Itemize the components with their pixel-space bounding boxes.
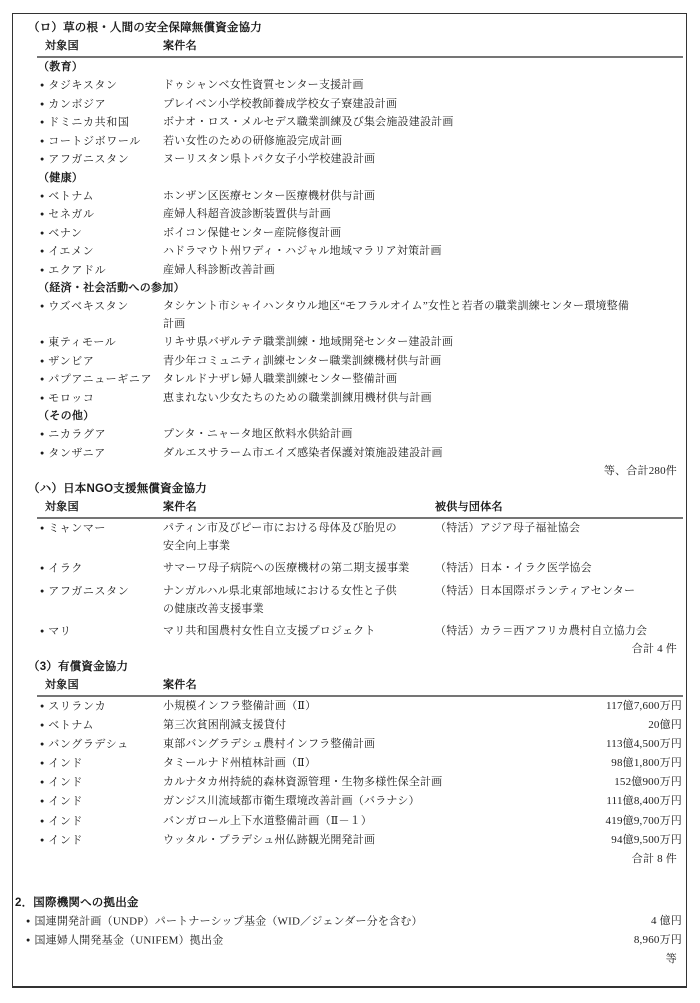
- section-grassroots-grant-aid: （ロ）草の根・人間の安全保障無償資金協力 対象国 案件名 （教育） タジキスタン…: [13, 14, 686, 480]
- table-row: タジキスタン ドゥシャンベ女性資質センター支援計画: [40, 76, 682, 95]
- country-name: ザンビア: [48, 355, 94, 367]
- table-row: マリ マリ共和国農村女性自立支援プロジェクト （特活）カラ＝西アフリカ農村自立協…: [40, 622, 682, 641]
- country-name: タンザニア: [48, 447, 106, 459]
- country-cell: インド: [40, 792, 163, 811]
- organization-name: （特活）日本国際ボランティアセンター: [435, 582, 682, 618]
- country-cell: インド: [40, 773, 163, 792]
- organization-name: （特活）日本・イラク医学協会: [435, 559, 682, 578]
- project-name: タシケント市シャイハンタウル地区“モフラルオイム”女性と若者の職業訓練センター環…: [163, 297, 682, 333]
- country-cell: マリ: [40, 622, 163, 641]
- document-page: （ロ）草の根・人間の安全保障無償資金協力 対象国 案件名 （教育） タジキスタン…: [0, 0, 700, 1003]
- project-name: ボイコン保健センター産院修復計画: [163, 224, 682, 243]
- country-name: ベトナム: [48, 720, 94, 732]
- bullet-icon: [40, 739, 48, 751]
- bullet-icon: [40, 80, 48, 92]
- country-name: インド: [48, 777, 83, 789]
- country-name: ベナン: [48, 227, 82, 239]
- country-name: エクアドル: [48, 264, 106, 276]
- bullet-icon: [40, 720, 48, 732]
- country-name: パプアニューギニア: [48, 374, 152, 386]
- project-name: タミールナド州植林計画（Ⅱ）: [163, 754, 599, 773]
- country-name: ミャンマー: [48, 523, 106, 535]
- country-name: イラク: [48, 563, 83, 575]
- country-name: タジキスタン: [48, 80, 117, 92]
- table-row: ザンビア 青少年コミュニティ訓練センター職業訓練機材供与計画: [40, 352, 682, 371]
- country-cell: セネガル: [40, 205, 163, 224]
- bullet-icon: [40, 701, 48, 713]
- table-row: ニカラグア プンタ・ニャータ地区飲料水供給計画: [40, 425, 682, 444]
- country-cell: モロッコ: [40, 389, 163, 408]
- section-heading: 2．国際機関への拠出金: [15, 894, 686, 912]
- section-total: 合計 8 件: [40, 850, 682, 868]
- project-name: ウッタル・プラデシュ州仏跡観光開発計画: [163, 831, 599, 850]
- table-row: 国連開発計画（UNDP）パートナーシップ基金（WID／ジェンダー分を含む） 4 …: [26, 912, 682, 931]
- bullet-icon: [40, 585, 48, 597]
- project-name: リキサ県バザルテテ職業訓練・地域開発センター建設計画: [163, 333, 682, 352]
- section-loan-aid: （3）有償資金協力 対象国 案件名 スリランカ 小規模インフラ整備計画（Ⅱ） 1…: [13, 658, 686, 868]
- country-cell: タジキスタン: [40, 76, 163, 95]
- table-row: ベトナム 第三次貧困削減支援貸付 20億円: [40, 716, 682, 735]
- table-row: ベトナム ホンザン区医療センター医療機材供与計画: [40, 187, 682, 206]
- country-name: インド: [48, 796, 83, 808]
- bullet-icon: [40, 796, 48, 808]
- section-international-contributions: 2．国際機関への拠出金 国連開発計画（UNDP）パートナーシップ基金（WID／ジ…: [13, 894, 686, 968]
- section-total: 等、合計280件: [40, 462, 682, 480]
- table-row: 国連婦人開発基金（UNIFEM）拠出金 8,960万円: [26, 931, 682, 950]
- bullet-icon: [40, 834, 48, 846]
- table-row: セネガル 産婦人科超音波診断装置供与計画: [40, 205, 682, 224]
- country-name: モロッコ: [48, 392, 94, 404]
- contribution-name: 国連婦人開発基金（UNIFEM）拠出金: [26, 931, 622, 950]
- bullet-icon: [40, 209, 48, 221]
- table-row: カンボジア プレイベン小学校教師養成学校女子寮建設計画: [40, 95, 682, 114]
- contribution-name: 国連開発計画（UNDP）パートナーシップ基金（WID／ジェンダー分を含む）: [26, 912, 639, 931]
- country-cell: ベナン: [40, 224, 163, 243]
- table-row: タンザニア ダルエスサラーム市エイズ感染者保護対策施設建設計画: [40, 444, 682, 463]
- table-header: 対象国 案件名: [37, 37, 683, 58]
- country-cell: コートジボワール: [40, 132, 163, 151]
- table-body: スリランカ 小規模インフラ整備計画（Ⅱ） 117億7,600万円 ベトナム 第三…: [13, 697, 686, 868]
- project-name: カルナタカ州持続的森林資源管理・生物多様性保全計画: [163, 773, 602, 792]
- bullet-icon: [40, 392, 48, 404]
- project-name: ヌーリスタン県トパク女子小学校建設計画: [163, 150, 682, 169]
- amount-value: 113億4,500万円: [606, 735, 682, 754]
- bullet-icon: [40, 563, 48, 575]
- section-heading: （ハ）日本NGO支援無償資金協力: [28, 480, 686, 498]
- amount-value: 98億1,800万円: [611, 754, 682, 773]
- bullet-icon: [40, 625, 48, 637]
- bullet-icon: [40, 264, 48, 276]
- table-body: （教育） タジキスタン ドゥシャンベ女性資質センター支援計画 カンボジア プレイ…: [13, 58, 686, 480]
- project-name: マリ共和国農村女性自立支援プロジェクト: [163, 622, 435, 641]
- country-cell: タンザニア: [40, 444, 163, 463]
- bullet-icon: [40, 447, 48, 459]
- bullet-icon: [40, 301, 48, 313]
- bullet-icon: [40, 429, 48, 441]
- column-header-project: 案件名: [163, 678, 683, 692]
- project-name: ハドラマウト州ワディ・ハジャル地域マラリア対策計画: [163, 242, 682, 261]
- project-name: パティン市及びピー市における母体及び胎児の 安全向上事業: [163, 519, 435, 555]
- project-name: 産婦人科超音波診断装置供与計画: [163, 205, 682, 224]
- country-name: ウズベキスタン: [48, 301, 129, 313]
- country-cell: インド: [40, 831, 163, 850]
- table-body: 国連開発計画（UNDP）パートナーシップ基金（WID／ジェンダー分を含む） 4 …: [13, 912, 686, 968]
- country-cell: ミャンマー: [40, 519, 163, 555]
- contribution-label: 国連婦人開発基金（UNIFEM）拠出金: [34, 934, 223, 946]
- bullet-icon: [40, 135, 48, 147]
- column-header-country: 対象国: [45, 500, 163, 514]
- table-row: イエメン ハドラマウト州ワディ・ハジャル地域マラリア対策計画: [40, 242, 682, 261]
- bullet-icon: [40, 227, 48, 239]
- table-row: アフガニスタン ナンガルハル県北東部地域における女性と子供 の健康改善支援事業 …: [40, 582, 682, 618]
- organization-name: （特活）カラ＝西アフリカ農村自立協力会: [435, 622, 682, 641]
- contribution-label: 国連開発計画（UNDP）パートナーシップ基金（WID／ジェンダー分を含む）: [34, 915, 422, 927]
- bullet-icon: [40, 190, 48, 202]
- table-row: インド ウッタル・プラデシュ州仏跡観光開発計画 94億9,500万円: [40, 831, 682, 850]
- table-row: 東ティモール リキサ県バザルテテ職業訓練・地域開発センター建設計画: [40, 333, 682, 352]
- table-row: インド カルナタカ州持続的森林資源管理・生物多様性保全計画 152億900万円: [40, 773, 682, 792]
- country-name: イエメン: [48, 246, 94, 258]
- bullet-icon: [40, 337, 48, 349]
- amount-value: 419億9,700万円: [606, 812, 682, 831]
- bullet-icon: [40, 523, 48, 535]
- table-row: ウズベキスタン タシケント市シャイハンタウル地区“モフラルオイム”女性と若者の職…: [40, 297, 682, 333]
- project-name: プンタ・ニャータ地区飲料水供給計画: [163, 425, 682, 444]
- project-name: バンガロール上下水道整備計画（Ⅱ－１）: [163, 812, 594, 831]
- table-row: パプアニューギニア タレルドナザレ婦人職業訓練センター整備計画: [40, 370, 682, 389]
- bullet-icon: [40, 98, 48, 110]
- country-name: ドミニカ共和国: [48, 117, 129, 129]
- country-name: アフガニスタン: [48, 585, 129, 597]
- project-name: 東部バングラデシュ農村インフラ整備計画: [163, 735, 594, 754]
- project-name: ダルエスサラーム市エイズ感染者保護対策施設建設計画: [163, 444, 682, 463]
- country-name: 東ティモール: [48, 337, 116, 349]
- table-header: 対象国 案件名: [37, 676, 683, 697]
- section-heading: （3）有償資金協力: [28, 658, 686, 676]
- project-name: 青少年コミュニティ訓練センター職業訓練機材供与計画: [163, 352, 682, 371]
- country-name: マリ: [48, 625, 71, 637]
- country-name: セネガル: [48, 209, 94, 221]
- bullet-icon: [40, 815, 48, 827]
- column-header-country: 対象国: [45, 39, 163, 53]
- amount-value: 117億7,600万円: [606, 697, 682, 716]
- bullet-icon: [40, 117, 48, 129]
- project-name: ガンジス川流域都市衛生環境改善計画（バラナシ）: [163, 792, 594, 811]
- bullet-icon: [40, 246, 48, 258]
- section-ngo-grant-aid: （ハ）日本NGO支援無償資金協力 対象国 案件名 被供与団体名 ミャンマー パテ…: [13, 480, 686, 658]
- country-name: アフガニスタン: [48, 154, 129, 166]
- amount-value: 152億900万円: [614, 773, 682, 792]
- bullet-icon: [40, 758, 48, 770]
- project-name: 産婦人科診断改善計画: [163, 261, 682, 280]
- country-cell: エクアドル: [40, 261, 163, 280]
- country-cell: インド: [40, 812, 163, 831]
- table-header: 対象国 案件名 被供与団体名: [37, 498, 683, 519]
- country-cell: ニカラグア: [40, 425, 163, 444]
- project-name: ナンガルハル県北東部地域における女性と子供 の健康改善支援事業: [163, 582, 435, 618]
- bullet-icon: [40, 777, 48, 789]
- category-label: （その他）: [38, 407, 682, 425]
- table-row: アフガニスタン ヌーリスタン県トパク女子小学校建設計画: [40, 150, 682, 169]
- category-label: （健康）: [38, 169, 682, 187]
- table-row: インド バンガロール上下水道整備計画（Ⅱ－１） 419億9,700万円: [40, 812, 682, 831]
- country-cell: ドミニカ共和国: [40, 113, 163, 132]
- table-row: ドミニカ共和国 ボナオ・ロス・メルセデス職業訓練及び集会施設建設計画: [40, 113, 682, 132]
- bullet-icon: [40, 355, 48, 367]
- column-header-project: 案件名: [163, 500, 435, 514]
- column-header-project: 案件名: [163, 39, 683, 53]
- table-row: コートジボワール 若い女性のための研修施設完成計画: [40, 132, 682, 151]
- country-cell: ベトナム: [40, 716, 163, 735]
- country-cell: 東ティモール: [40, 333, 163, 352]
- project-name: 恵まれない少女たちのための職業訓練用機材供与計画: [163, 389, 682, 408]
- country-name: インド: [48, 834, 83, 846]
- table-body: ミャンマー パティン市及びピー市における母体及び胎児の 安全向上事業 （特活）ア…: [13, 519, 686, 658]
- category-label: （経済・社会活動への参加）: [38, 279, 682, 297]
- country-cell: カンボジア: [40, 95, 163, 114]
- section-heading: （ロ）草の根・人間の安全保障無償資金協力: [28, 14, 686, 37]
- table-row: イラク サマーワ母子病院への医療機材の第二期支援事業 （特活）日本・イラク医学協…: [40, 559, 682, 578]
- table-row: バングラデシュ 東部バングラデシュ農村インフラ整備計画 113億4,500万円: [40, 735, 682, 754]
- country-cell: インド: [40, 754, 163, 773]
- table-row: インド ガンジス川流域都市衛生環境改善計画（バラナシ） 111億8,400万円: [40, 792, 682, 811]
- project-name: ホンザン区医療センター医療機材供与計画: [163, 187, 682, 206]
- project-name: ドゥシャンベ女性資質センター支援計画: [163, 76, 682, 95]
- page-border: （ロ）草の根・人間の安全保障無償資金協力 対象国 案件名 （教育） タジキスタン…: [12, 13, 687, 988]
- amount-value: 8,960万円: [634, 931, 682, 950]
- bullet-icon: [40, 154, 48, 166]
- project-name: ボナオ・ロス・メルセデス職業訓練及び集会施設建設計画: [163, 113, 682, 132]
- country-name: カンボジア: [48, 98, 106, 110]
- amount-value: 4 億円: [651, 912, 682, 931]
- country-name: コートジボワール: [48, 135, 141, 147]
- organization-name: （特活）アジア母子福祉協会: [435, 519, 682, 555]
- country-cell: イエメン: [40, 242, 163, 261]
- project-name: プレイベン小学校教師養成学校女子寮建設計画: [163, 95, 682, 114]
- country-cell: アフガニスタン: [40, 150, 163, 169]
- project-name: 若い女性のための研修施設完成計画: [163, 132, 682, 151]
- country-cell: イラク: [40, 559, 163, 578]
- country-cell: ベトナム: [40, 187, 163, 206]
- amount-value: 20億円: [648, 716, 682, 735]
- column-header-country: 対象国: [45, 678, 163, 692]
- country-name: バングラデシュ: [48, 739, 129, 751]
- project-name: サマーワ母子病院への医療機材の第二期支援事業: [163, 559, 435, 578]
- project-name: タレルドナザレ婦人職業訓練センター整備計画: [163, 370, 682, 389]
- project-name: 第三次貧困削減支援貸付: [163, 716, 636, 735]
- country-cell: パプアニューギニア: [40, 370, 163, 389]
- country-name: ベトナム: [48, 190, 94, 202]
- table-row: モロッコ 恵まれない少女たちのための職業訓練用機材供与計画: [40, 389, 682, 408]
- bullet-icon: [40, 374, 48, 386]
- table-row: エクアドル 産婦人科診断改善計画: [40, 261, 682, 280]
- table-row: スリランカ 小規模インフラ整備計画（Ⅱ） 117億7,600万円: [40, 697, 682, 716]
- amount-value: 111億8,400万円: [606, 792, 682, 811]
- section-total: 等: [26, 950, 682, 968]
- table-row: ベナン ボイコン保健センター産院修復計画: [40, 224, 682, 243]
- country-cell: スリランカ: [40, 697, 163, 716]
- country-name: ニカラグア: [48, 429, 106, 441]
- section-total: 合計 4 件: [40, 640, 682, 658]
- amount-value: 94億9,500万円: [611, 831, 682, 850]
- column-header-organization: 被供与団体名: [435, 500, 683, 514]
- table-row: インド タミールナド州植林計画（Ⅱ） 98億1,800万円: [40, 754, 682, 773]
- country-cell: アフガニスタン: [40, 582, 163, 618]
- country-name: インド: [48, 815, 83, 827]
- project-name: 小規模インフラ整備計画（Ⅱ）: [163, 697, 594, 716]
- country-name: インド: [48, 758, 83, 770]
- country-cell: ザンビア: [40, 352, 163, 371]
- country-name: スリランカ: [48, 701, 106, 713]
- country-cell: バングラデシュ: [40, 735, 163, 754]
- table-row: ミャンマー パティン市及びピー市における母体及び胎児の 安全向上事業 （特活）ア…: [40, 519, 682, 555]
- category-label: （教育）: [38, 58, 682, 76]
- country-cell: ウズベキスタン: [40, 297, 163, 333]
